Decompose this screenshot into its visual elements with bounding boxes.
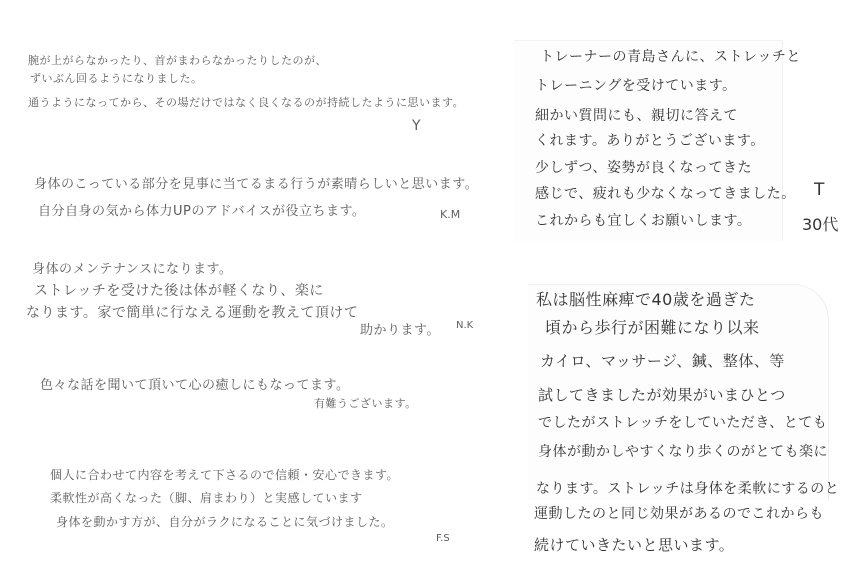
testimonial-line: 個人に合わせて内容を考えて下さるので信頼・安心できます。: [50, 466, 399, 483]
testimonial-line: 柔軟性が高くなった（脚、肩まわり）と実感しています: [50, 489, 363, 506]
signature: K.M: [440, 208, 460, 221]
testimonial-line: 運動したのと同じ効果があるのでこれからも: [534, 503, 824, 523]
signature: F.S: [436, 533, 450, 544]
testimonial-line: 自分自身の気から体力UPのアドバイスが役立ちます。: [38, 200, 365, 219]
testimonial-line: 少しずつ、姿勢が良くなってきた: [535, 157, 752, 177]
testimonial-line: 続けていきたいと思います。: [534, 534, 734, 555]
signature: T: [814, 180, 824, 200]
testimonial-line: くれます。ありがとうございます。: [535, 130, 765, 150]
testimonial-line: なります。ストレッチは身体を柔軟にするのと: [536, 478, 839, 498]
testimonial-line: 細かい質問にも、親切に答えて: [535, 105, 738, 125]
age-label: 30代: [802, 212, 838, 235]
testimonial-line: 身体が動かしやすくなり歩くのがとても楽に: [538, 441, 828, 461]
testimonial-line: トレーナーの青島さんに、ストレッチと: [540, 46, 801, 66]
testimonial-line: 色々な話を聞いて頂いて心の癒しにもなってます。: [40, 374, 349, 393]
signature: N.K: [456, 320, 473, 331]
testimonial-line: なります。家で簡単に行なえる運動を教えて頂けて: [26, 302, 358, 322]
testimonials-scan: 腕が上がらなかったり、首がまわらなかったりしたのが、 ずいぶん回るようになりまし…: [0, 0, 859, 585]
testimonial-line: 感じで、疲れも少なくなってきました。: [535, 183, 796, 203]
testimonial-line: これからも宜しくお願いします。: [535, 210, 751, 230]
testimonial-line: 身体のメンテナンスになります。: [32, 258, 232, 277]
testimonial-line: 身体のこっている部分を見事に当てるまる行うが素晴らしいと思います。: [34, 173, 478, 192]
testimonial-line: 私は脳性麻痺で40歳を過ぎた: [536, 287, 755, 310]
testimonial-line: 頃から歩行が困難になり以来: [545, 315, 760, 338]
testimonial-line: 有難うございます。: [314, 395, 417, 411]
testimonial-line: 腕が上がらなかったり、首がまわらなかったりしたのが、: [28, 52, 327, 68]
testimonial-line: トレーニングを受けています。: [535, 75, 737, 95]
testimonial-line: ずいぶん回るようになりました。: [30, 70, 203, 86]
testimonial-line: 助かります。: [360, 319, 440, 338]
signature: Y: [412, 118, 421, 134]
testimonial-line: カイロ、マッサージ、鍼、整体、等: [540, 350, 785, 371]
testimonial-line: 通うようになってから、その場だけではなく良くなるのが持続したように思います。: [28, 94, 464, 110]
testimonial-line: 試してきましたが効果がいまひとつ: [538, 384, 786, 405]
testimonial-line: ストレッチを受けた後は体が軽くなり、楽に: [34, 280, 324, 300]
testimonial-line: 身体を動かす方が、自分がラクになることに気づけました。: [56, 513, 394, 530]
testimonial-line: でしたがストレッチをしていただき、とても: [538, 412, 827, 432]
